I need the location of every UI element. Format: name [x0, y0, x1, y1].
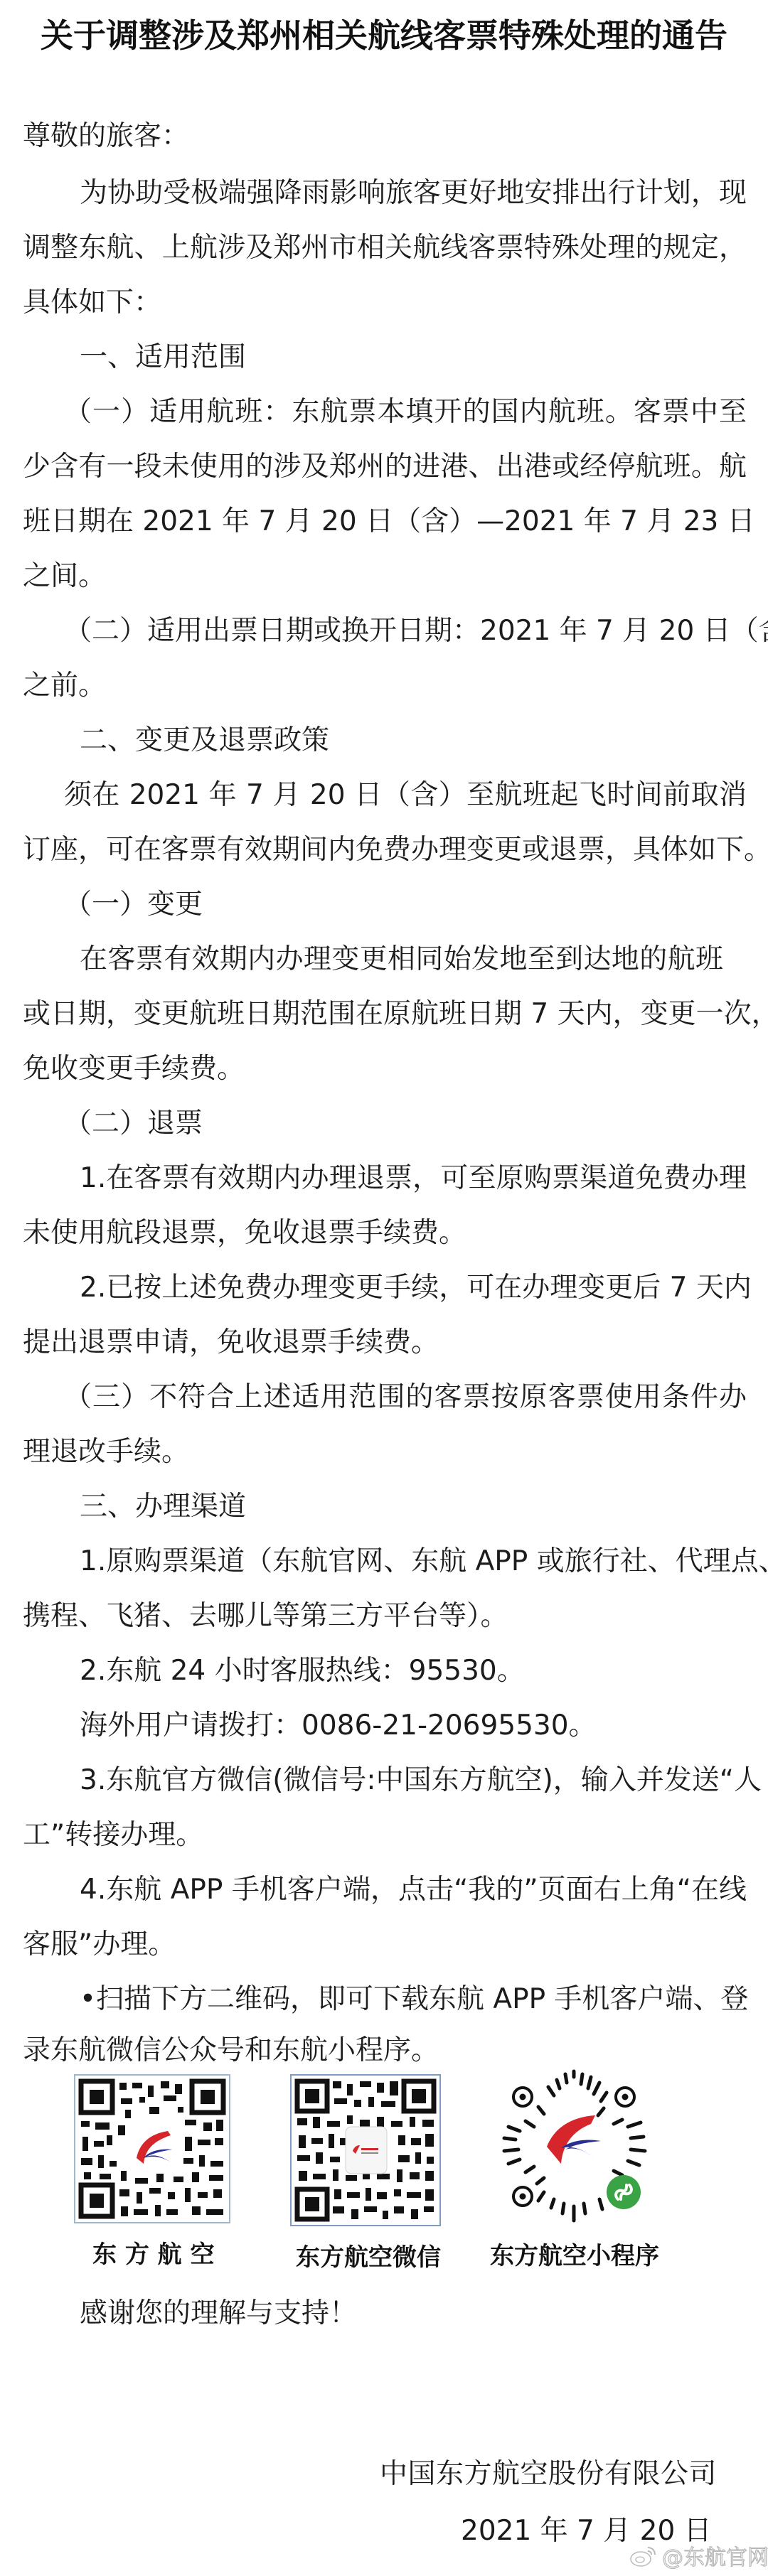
paragraph-line: 少含有一段未使用的涉及郑州的进港、出港或经停航班。航	[23, 451, 747, 483]
qr-code-icon	[74, 2074, 230, 2223]
mini-program-code-icon	[494, 2067, 654, 2226]
qr-app-download: 东 方 航 空	[74, 2074, 230, 2223]
hotline-line: 2.东航 24 小时客服热线：95530。	[80, 1655, 525, 1687]
overseas-hotline-line: 海外用户请拨打：0086-21-20695530。	[80, 1710, 597, 1742]
paragraph-line: 3.东航官方微信(微信号:中国东方航空)，输入并发送“人	[80, 1764, 747, 1797]
section-heading-scope: 一、适用范围	[80, 341, 246, 374]
paragraph-line: 理退改手续。	[23, 1436, 189, 1469]
paragraph-line: （一）适用航班：东航票本填开的国内航班。客票中至	[64, 396, 747, 429]
paragraph-line: 须在 2021 年 7 月 20 日（含）至航班起飞时间前取消	[64, 779, 747, 812]
paragraph-line: 4.东航 APP 手机客户端，点击“我的”页面右上角“在线	[80, 1874, 747, 1906]
qr-label-wechat: 东方航空微信	[296, 2238, 441, 2272]
paragraph-line: 免收变更手续费。	[23, 1053, 245, 1085]
paragraph-line: 在客票有效期内办理变更相同始发地至到达地的航班	[80, 943, 723, 976]
salutation: 尊敬的旅客：	[23, 120, 189, 153]
paragraph-line: 之间。	[23, 560, 106, 593]
qr-code-icon	[290, 2074, 441, 2226]
paragraph-line: 2.已按上述免费办理变更手续，可在办理变更后 7 天内	[80, 1272, 747, 1304]
signature-company: 中国东方航空股份有限公司	[380, 2458, 717, 2491]
paragraph-line: 工”转接办理。	[23, 1819, 203, 1852]
paragraph-line: 1.原购票渠道（东航官网、东航 APP 或旅行社、代理点、	[80, 1545, 747, 1578]
watermark-text: @东航官网	[662, 2540, 768, 2571]
paragraph-line: （三）不符合上述适用范围的客票按原客票使用条件办	[64, 1381, 747, 1414]
notice-title: 关于调整涉及郑州相关航线客票特殊处理的通告	[0, 10, 768, 57]
paragraph-line: 未使用航段退票，免收退票手续费。	[23, 1217, 466, 1250]
subheading-refund: （二）退票	[64, 1107, 203, 1140]
paragraph-line: （二）适用出票日期或换开日期：2021 年 7 月 20 日（含）	[64, 615, 747, 648]
weibo-watermark: @东航官网	[629, 2543, 768, 2567]
paragraph-line: 1.在客票有效期内办理退票，可至原购票渠道免费办理	[80, 1162, 747, 1195]
paragraph-line: 调整东航、上航涉及郑州市相关航线客票特殊处理的规定，	[23, 232, 747, 264]
paragraph-line: 订座，可在客票有效期间内免费办理变更或退票，具体如下。	[23, 834, 747, 866]
paragraph-line: 为协助受极端强降雨影响旅客更好地安排出行计划，现	[80, 177, 747, 210]
weibo-icon	[629, 2543, 658, 2567]
section-heading-channels: 三、办理渠道	[80, 1491, 246, 1523]
qr-label-mini-program: 东方航空小程序	[490, 2236, 659, 2271]
paragraph-line: 录东航微信公众号和东航小程序。	[23, 2034, 439, 2067]
paragraph-line: 客服”办理。	[23, 1928, 176, 1961]
paragraph-line: 之前。	[23, 670, 106, 702]
section-heading-policy: 二、变更及退票政策	[80, 724, 329, 757]
paragraph-line: 提出退票申请，免收退票手续费。	[23, 1326, 439, 1359]
paragraph-line: 或日期，变更航班日期范围在原航班日期 7 天内，变更一次，	[23, 998, 747, 1031]
closing-thanks: 感谢您的理解与支持！	[80, 2297, 357, 2330]
paragraph-line: 携程、飞猪、去哪儿等第三方平台等）。	[23, 1600, 508, 1633]
mini-program-code: 东方航空小程序	[494, 2067, 654, 2226]
paragraph-line: 具体如下：	[23, 286, 161, 319]
qr-wechat-account: 东方航空微信	[290, 2074, 441, 2226]
qr-label-app: 东 方 航 空	[92, 2235, 215, 2270]
paragraph-line: 班日期在 2021 年 7 月 20 日（含）—2021 年 7 月 23 日（…	[23, 505, 747, 538]
bullet-line: •扫描下方二维码，即可下载东航 APP 手机客户端、登	[80, 1983, 747, 2016]
subheading-change: （一）变更	[64, 889, 203, 921]
